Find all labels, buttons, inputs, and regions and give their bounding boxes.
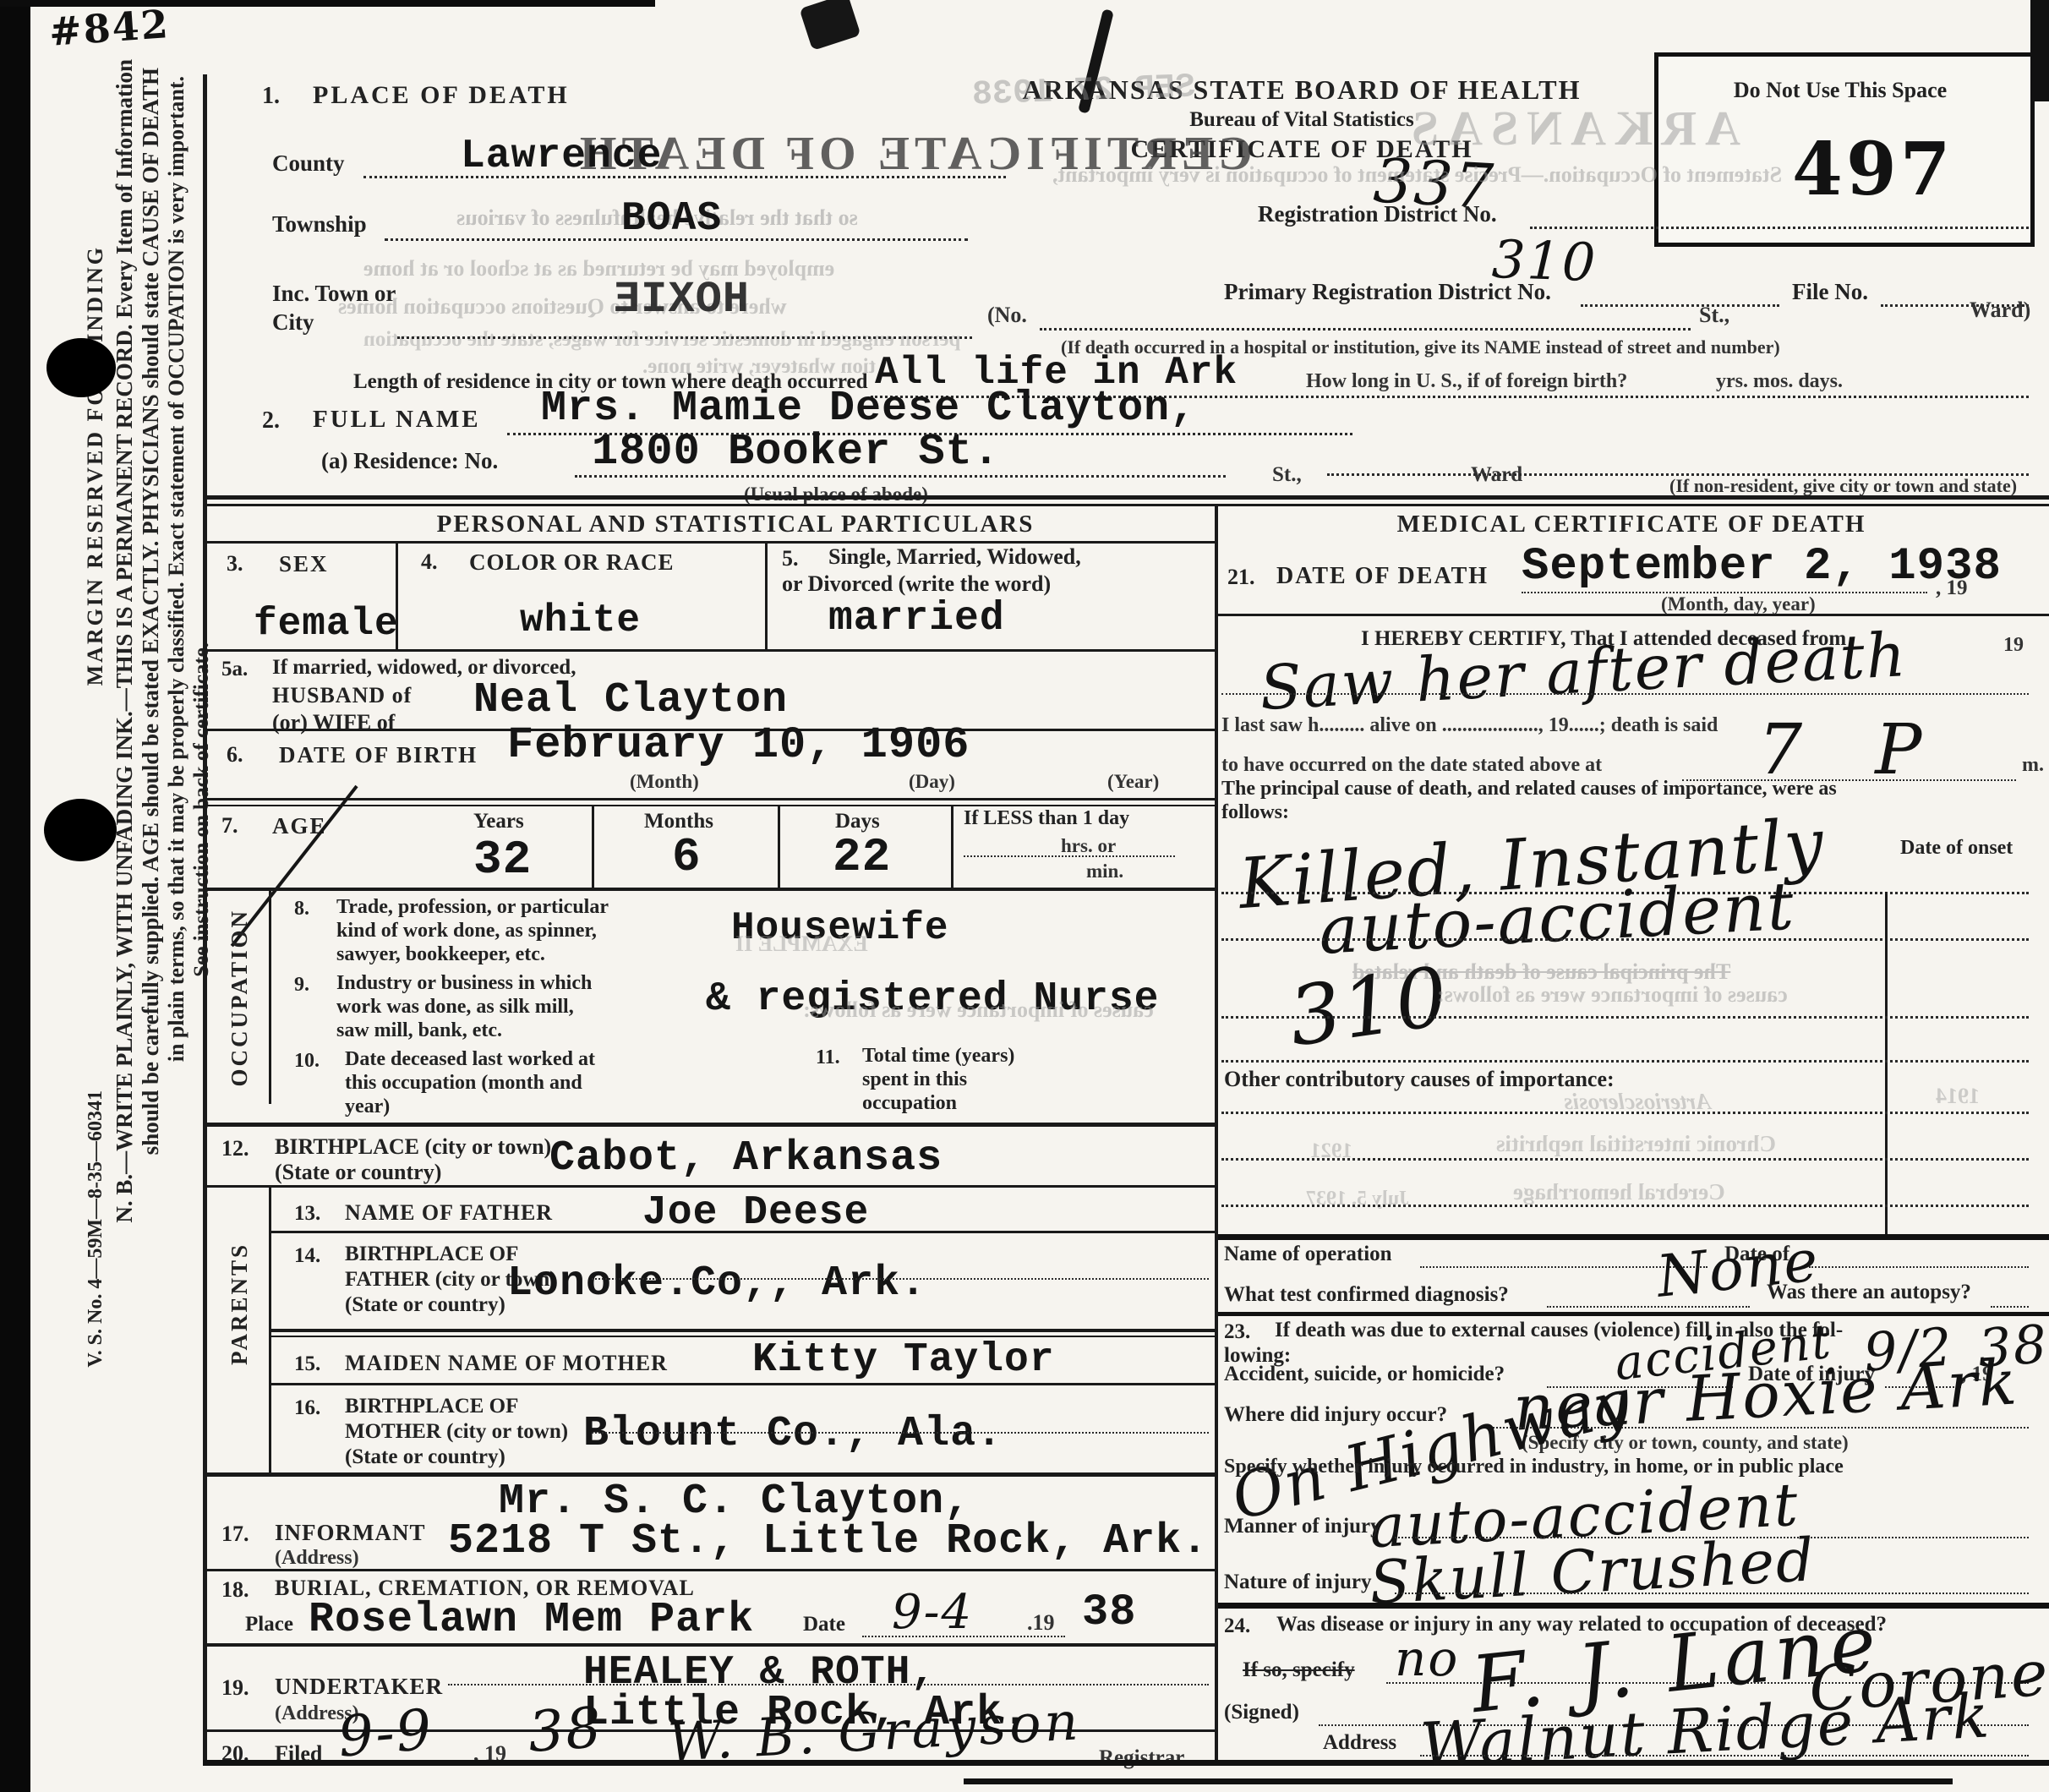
- occ11-label-c: occupation: [862, 1092, 957, 1115]
- bleed-example: EXAMPLE II: [735, 932, 868, 957]
- margin-nb-line3: in plain terms, so that it may be proper…: [164, 76, 189, 1062]
- occupation-side-label: OCCUPATION: [227, 909, 253, 1087]
- race-value: white: [520, 598, 641, 642]
- test-line: [1547, 1306, 1750, 1308]
- dod-section-number: 21.: [1227, 565, 1255, 590]
- burial-place-label: Place: [245, 1613, 293, 1636]
- sex-race-divider: [396, 541, 398, 649]
- age-hrs-label: hrs. or: [1061, 835, 1116, 857]
- age-min-label: min.: [1086, 860, 1123, 882]
- burial-year-label: .19: [1027, 1610, 1055, 1636]
- nonresident-note: (If non-resident, give city or town and …: [1669, 475, 2017, 497]
- med-heavy-1: [1218, 1234, 2049, 1240]
- dod-label: DATE OF DEATH: [1276, 563, 1489, 590]
- parents-side-label: PARENTS: [227, 1243, 253, 1365]
- scan-smudge-top: [799, 0, 861, 51]
- q24-answer: no: [1395, 1630, 1459, 1687]
- row-line-5: [203, 1123, 1215, 1127]
- medical-section-header: MEDICAL CERTIFICATE OF DEATH: [1251, 511, 2012, 538]
- mother-name-label: MAIDEN NAME OF MOTHER: [345, 1351, 668, 1376]
- margin-form-number: V. S. No. 4—59M—8-35—60341: [85, 1090, 107, 1368]
- occ8-label-a: Trade, profession, or particular: [336, 896, 609, 919]
- residence-label: (a) Residence: No.: [321, 448, 498, 474]
- file-no-label: File No.: [1792, 279, 1868, 305]
- autopsy-label: Was there an autopsy?: [1767, 1281, 1971, 1304]
- birthplace-value: Cabot, Arkansas: [549, 1134, 943, 1183]
- mother-bp-number: 16.: [294, 1396, 320, 1420]
- burial-year-value: 38: [1082, 1587, 1136, 1637]
- divider-double-2: [203, 504, 2049, 506]
- row-line-8: [269, 1329, 1215, 1332]
- age-years-label: Years: [473, 810, 524, 833]
- occ9-label-a: Industry or business in which: [336, 972, 592, 995]
- bleed-occupation-note: Statement of Occupation.—Precise stateme…: [1052, 162, 1782, 188]
- row-line-10: [203, 1472, 1215, 1477]
- undertaker-line: [448, 1684, 1209, 1685]
- filed-year: 38: [526, 1695, 604, 1765]
- address-line: [1420, 1755, 2029, 1756]
- personal-section-header: PERSONAL AND STATISTICAL PARTICULARS: [287, 511, 1183, 538]
- bleed-text-2: employed may be returned as at school or…: [363, 256, 834, 281]
- occurred-m-label: m.: [2022, 754, 2044, 777]
- age-divider-2: [778, 806, 780, 888]
- township-line: [385, 238, 968, 241]
- marital-section-number: 5.: [782, 546, 799, 571]
- margin-case-number: #842: [47, 1, 171, 55]
- undertaker-label: UNDERTAKER: [275, 1674, 443, 1700]
- spouse-label-3: (or) WIFE of: [272, 710, 395, 735]
- street-no-label: (No.: [987, 303, 1027, 328]
- row-line-6: [203, 1185, 1215, 1188]
- mother-bp-label-b: MOTHER (city or town): [345, 1420, 568, 1444]
- residence-line2: [1327, 473, 2029, 476]
- dob-label: DATE OF BIRTH: [279, 742, 478, 768]
- principal-label-2: follows:: [1221, 801, 1289, 824]
- occ9-number: 9.: [294, 974, 309, 997]
- occurred-label: to have occurred on the date stated abov…: [1221, 754, 1602, 777]
- row-line-1: [203, 649, 1215, 652]
- mother-bp-label-c: (State or country): [345, 1445, 505, 1469]
- med-line-1: [1218, 614, 2049, 616]
- contrib-rule-2: [1221, 1158, 2029, 1161]
- residence-value: 1800 Booker St.: [592, 427, 1000, 477]
- street-ward-label: Ward): [1970, 298, 2030, 323]
- contrib-rule-3: [1221, 1205, 2029, 1207]
- dod-sub-label: (Month, day, year): [1661, 593, 1816, 615]
- occ9-label-c: saw mill, bank, etc.: [336, 1019, 502, 1042]
- certify-line: [1221, 693, 2029, 695]
- primary-district-line: [1581, 304, 1779, 307]
- bleed-1914: 1914: [1936, 1084, 1980, 1109]
- bleed-text-4: person engaged in domestic service for w…: [363, 328, 960, 352]
- ifso-label: If so, specify: [1243, 1658, 1355, 1682]
- occ11-label-b: spent in this: [862, 1068, 967, 1091]
- manner-label: Manner of injury: [1224, 1515, 1381, 1538]
- operation-date-line: [1809, 1266, 2029, 1268]
- cause-rule-3: [1221, 1016, 2029, 1019]
- dod-tail: , 19: [1936, 576, 1968, 600]
- marital-label-2: or Divorced (write the word): [782, 571, 1051, 597]
- county-label: County: [272, 150, 345, 177]
- registration-district-line: [1530, 227, 2029, 229]
- row-line-0: [203, 541, 1215, 544]
- race-label: COLOR OR RACE: [469, 549, 675, 576]
- sex-section-number: 3.: [227, 551, 243, 576]
- race-marital-divider: [765, 541, 768, 649]
- med-heavy-2: [1218, 1312, 2049, 1316]
- address-label: Address: [1323, 1731, 1396, 1755]
- bottom-rule-2: [964, 1778, 1953, 1784]
- row-line-4: [203, 888, 1215, 891]
- sex-label: SEX: [279, 551, 329, 577]
- occ8-label-c: sawyer, bookkeeper, etc.: [336, 943, 545, 966]
- father-bp-number: 14.: [294, 1244, 320, 1268]
- cause-rule-4: [1221, 1060, 2029, 1063]
- row-line-7: [269, 1231, 1215, 1233]
- informant-address: 5218 T St., Little Rock, Ark.: [448, 1517, 1208, 1565]
- dod-line: [1522, 592, 1927, 593]
- spouse-section-number: 5a.: [221, 658, 248, 681]
- street-no-line: [1040, 328, 1691, 331]
- father-bp-value: Lonoke.Co,, Ark.: [507, 1259, 926, 1308]
- ink-blob-2: [44, 799, 117, 861]
- primary-district-value: 310: [1491, 228, 1598, 293]
- center-divider: [1215, 505, 1218, 1761]
- street-st-label: St.,: [1699, 303, 1729, 328]
- onset-divider: [1885, 892, 1888, 1237]
- age-years-value: 32: [473, 833, 532, 887]
- birthplace-label-2: (State or country): [275, 1160, 441, 1185]
- inc-town-label-1: Inc. Town or: [272, 281, 396, 307]
- principal-label-1: The principal cause of death, and relate…: [1221, 778, 1837, 800]
- informant-label: INFORMANT: [275, 1520, 426, 1546]
- certify-tail: 19: [2003, 634, 2024, 657]
- place-of-death-label: PLACE OF DEATH: [313, 81, 570, 110]
- father-bp-line: [592, 1278, 1209, 1280]
- bleed-nephritis: Chronic interstitial nephritis: [1496, 1131, 1776, 1157]
- place-section-number: 1.: [262, 83, 280, 110]
- burial-place-value: Roselawn Mem Park: [309, 1596, 754, 1644]
- contrib-label: Other contributory causes of importance:: [1224, 1067, 1615, 1092]
- certificate-number: 497: [1792, 127, 1954, 212]
- marital-value: married: [828, 596, 1005, 642]
- dod-value: September 2, 1938: [1522, 541, 2002, 593]
- margin-binding-note: MARGIN RESERVED FOR BINDING: [83, 245, 108, 686]
- foreign-birth-label: How long in U. S., if of foreign birth?: [1306, 370, 1627, 393]
- abode-note: (Usual place of abode): [744, 484, 928, 505]
- bleed-causes-left: causes of importance were as follows:: [803, 997, 1154, 1023]
- father-name-number: 13.: [294, 1202, 320, 1226]
- row-line-11: [203, 1569, 1215, 1571]
- age-days-value: 22: [833, 830, 891, 884]
- father-name-value: Joe Deese: [642, 1190, 869, 1236]
- margin-nb-line2: should be carefully supplied. AGE should…: [138, 68, 164, 1155]
- occ8-label-b: kind of work done, as spinner,: [336, 920, 597, 942]
- city-value-mirrored: HOXIE: [613, 275, 749, 325]
- occupation-strip-divider: [269, 891, 271, 1104]
- bleed-date-stamp: SEP 27 1938: [971, 68, 1195, 114]
- how-label: Accident, suicide, or homicide?: [1224, 1363, 1505, 1386]
- birthplace-number: 12.: [221, 1136, 249, 1161]
- occ9-label-b: work was done, as silk mill,: [336, 996, 574, 1019]
- mother-name-value: Kitty Taylor: [752, 1337, 1055, 1383]
- med-heavy-3: [1218, 1603, 2049, 1609]
- fullname-section-number: 2.: [262, 407, 280, 434]
- occ10-label-a: Date deceased last worked at: [345, 1048, 595, 1071]
- sex-value: female: [254, 602, 399, 646]
- ink-blob-1: [46, 338, 116, 397]
- foreign-units: yrs. mos. days.: [1716, 370, 1843, 393]
- occ10-number: 10.: [294, 1050, 320, 1073]
- mother-bp-value: Blount Co., Ala.: [583, 1410, 1003, 1458]
- contrib-rule-1: [1221, 1112, 2029, 1114]
- burial-date-value: 9-4: [892, 1585, 973, 1640]
- test-label: What test confirmed diagnosis?: [1224, 1283, 1509, 1307]
- autopsy-line: [1991, 1306, 2029, 1308]
- signed-label: (Signed): [1224, 1701, 1299, 1724]
- burial-date-label: Date: [803, 1613, 845, 1636]
- county-value: Lawrence: [461, 134, 662, 179]
- age-divider-1: [592, 806, 594, 888]
- age-hrs-line: [964, 855, 1175, 857]
- township-label: Township: [272, 211, 367, 238]
- father-bp-label-c: (State or country): [345, 1293, 505, 1317]
- margin-nb-line4: See instruction on back of certificate.: [190, 642, 214, 977]
- inc-town-label-2: City: [272, 309, 314, 336]
- mother-bp-label-a: BIRTHPLACE OF: [345, 1395, 518, 1418]
- external-number: 23.: [1224, 1320, 1250, 1344]
- dob-section-number: 6.: [227, 742, 243, 768]
- occ11-label-a: Total time (years): [862, 1045, 1014, 1068]
- spouse-label-2: HUSBAND of: [272, 683, 412, 708]
- county-line: [363, 176, 1006, 178]
- race-section-number: 4.: [421, 549, 438, 575]
- occ11-number: 11.: [816, 1046, 840, 1069]
- bleed-causes-right: causes of importance were as follows:: [1437, 982, 1788, 1008]
- dob-value: February 10, 1906: [507, 720, 970, 770]
- bleed-hemorrhage: Cerebral hemorrhage: [1513, 1179, 1725, 1205]
- form-left-border: [203, 74, 207, 1761]
- row-line-3: [203, 798, 1215, 800]
- burial-line: [862, 1636, 1065, 1637]
- father-name-label: NAME OF FATHER: [345, 1200, 553, 1226]
- row-line-8b: [269, 1336, 1215, 1337]
- operation-label: Name of operation: [1224, 1243, 1392, 1266]
- informant-number: 17.: [221, 1522, 249, 1547]
- age-months-value: 6: [672, 830, 702, 884]
- residence-line: [575, 475, 1226, 478]
- q24-number: 24.: [1224, 1614, 1250, 1638]
- occ10-label-c: year): [345, 1095, 390, 1118]
- margin-nb-line1: N. B.—WRITE PLAINLY, WITH UNFADING INK.—…: [112, 59, 138, 1223]
- nature-line: [1395, 1593, 2029, 1594]
- birthplace-label: BIRTHPLACE (city or town): [275, 1134, 551, 1160]
- mother-name-number: 15.: [294, 1352, 320, 1376]
- mother-bp-line: [592, 1432, 1209, 1434]
- scan-left-edge: [0, 0, 30, 1792]
- registrar-label: Registrar.: [1099, 1746, 1188, 1770]
- cause-rule-2: [1221, 938, 2029, 941]
- occ10-label-b: this occupation (month and: [345, 1072, 582, 1095]
- divider-double-1: [203, 495, 2049, 500]
- age-less-label: If LESS than 1 day: [964, 807, 1129, 830]
- age-divider-3: [951, 806, 953, 888]
- occ8-number: 8.: [294, 898, 309, 921]
- onset-label: Date of onset: [1900, 837, 2013, 860]
- spouse-value: Neal Clayton: [473, 676, 788, 724]
- dob-month-label: (Month): [630, 771, 699, 793]
- bleed-arkansas-mirror: ARKANSAS: [1403, 100, 1740, 156]
- filed-date: 9-9: [336, 1696, 436, 1769]
- undertaker-number: 19.: [221, 1675, 249, 1701]
- row-line-9: [269, 1383, 1215, 1385]
- dob-day-label: (Day): [909, 771, 955, 793]
- marital-label-1: Single, Married, Widowed,: [828, 544, 1081, 570]
- father-bp-label-a: BIRTHPLACE OF: [345, 1243, 518, 1266]
- fullname-label: FULL NAME: [313, 406, 481, 434]
- row-line-12: [203, 1643, 1215, 1647]
- cause-code: 310: [1283, 948, 1455, 1064]
- city-line: [397, 336, 972, 339]
- age-section-number: 7.: [221, 813, 238, 839]
- fullname-value: Mrs. Mamie Deese Clayton,: [541, 385, 1196, 433]
- residence-st-label: St.,: [1272, 463, 1302, 487]
- lastsaw-label: I last saw h......... alive on .........…: [1221, 714, 1718, 737]
- death-certificate-scan: { "margin": { "case_no": "#842", "bindin…: [0, 0, 2049, 1792]
- nature-label: Nature of injury: [1224, 1571, 1372, 1594]
- informant-address-label: (Address): [275, 1547, 359, 1570]
- township-value: BOAS: [621, 196, 722, 242]
- row-line-3b: [203, 805, 1215, 806]
- burial-number: 18.: [221, 1577, 249, 1603]
- dob-year-label: (Year): [1107, 771, 1159, 793]
